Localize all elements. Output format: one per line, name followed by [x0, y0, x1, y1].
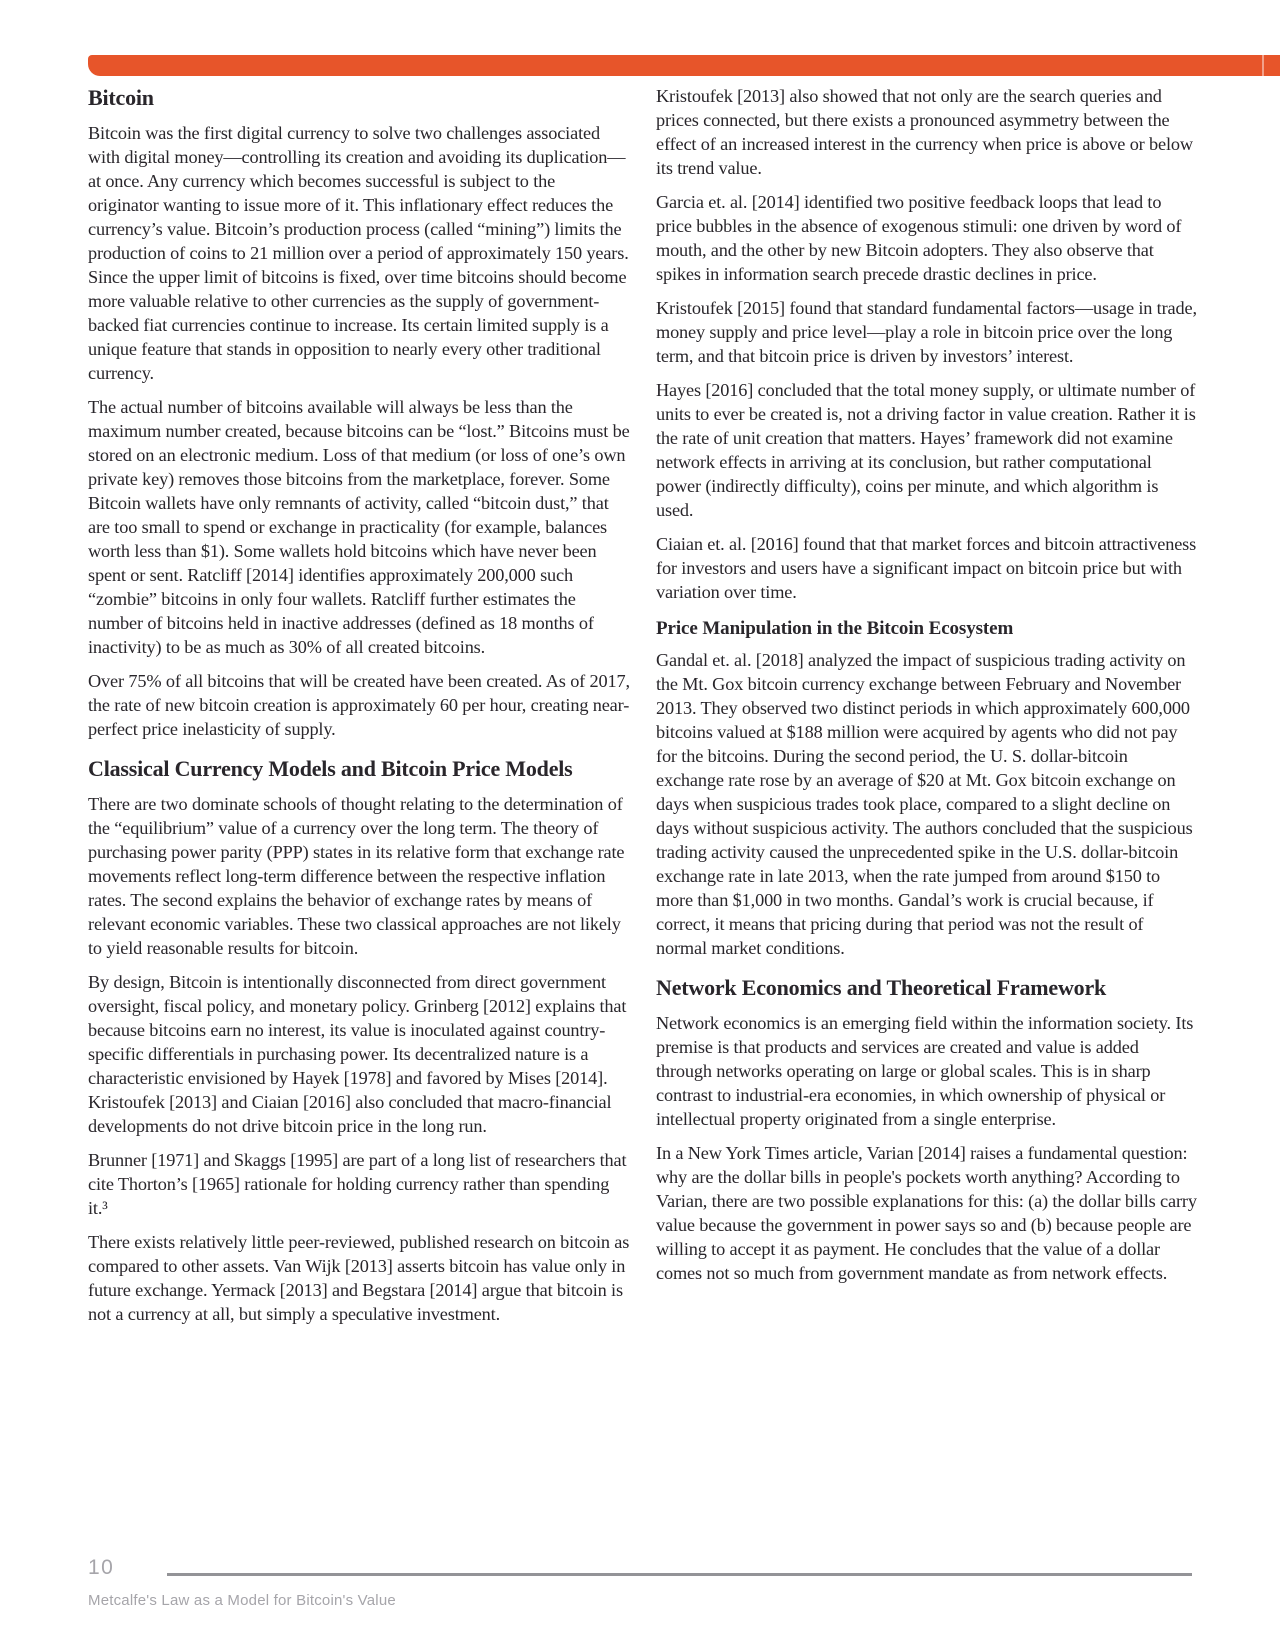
page-body: BitcoinBitcoin was the first digital cur… [88, 84, 1198, 1336]
section-heading: Network Economics and Theoretical Framew… [656, 974, 1198, 1002]
section-heading: Price Manipulation in the Bitcoin Ecosys… [656, 616, 1198, 641]
footer-title: Metcalfe's Law as a Model for Bitcoin's … [88, 1592, 1192, 1609]
paragraph: Kristoufek [2015] found that standard fu… [656, 296, 1198, 368]
footer-rule [167, 1573, 1192, 1576]
section-heading: Classical Currency Models and Bitcoin Pr… [88, 755, 630, 783]
page-accent-bar [88, 55, 1280, 76]
paragraph: There are two dominate schools of though… [88, 792, 630, 960]
left-column: BitcoinBitcoin was the first digital cur… [88, 84, 630, 1336]
paragraph: The actual number of bitcoins available … [88, 395, 630, 659]
right-column: Kristoufek [2013] also showed that not o… [656, 84, 1198, 1336]
paragraph: Ciaian et. al. [2016] found that that ma… [656, 532, 1198, 604]
paragraph: Brunner [1971] and Skaggs [1995] are par… [88, 1148, 630, 1220]
paragraph: Hayes [2016] concluded that the total mo… [656, 378, 1198, 522]
footer-rule-row: 10 [88, 1548, 1192, 1578]
paragraph: Over 75% of all bitcoins that will be cr… [88, 669, 630, 741]
paragraph: By design, Bitcoin is intentionally disc… [88, 970, 630, 1138]
paragraph: Network economics is an emerging field w… [656, 1011, 1198, 1131]
paragraph: Bitcoin was the first digital currency t… [88, 121, 630, 385]
paragraph: Garcia et. al. [2014] identified two pos… [656, 190, 1198, 286]
paragraph: Kristoufek [2013] also showed that not o… [656, 84, 1198, 180]
accent-bar-notch [1262, 55, 1264, 76]
paragraph: In a New York Times article, Varian [201… [656, 1141, 1198, 1285]
document-page: BitcoinBitcoin was the first digital cur… [0, 0, 1280, 1646]
paragraph: Gandal et. al. [2018] analyzed the impac… [656, 648, 1198, 960]
section-heading: Bitcoin [88, 84, 630, 112]
paragraph: There exists relatively little peer-revi… [88, 1230, 630, 1326]
page-footer: 10 Metcalfe's Law as a Model for Bitcoin… [88, 1548, 1192, 1609]
page-number: 10 [88, 1557, 167, 1578]
